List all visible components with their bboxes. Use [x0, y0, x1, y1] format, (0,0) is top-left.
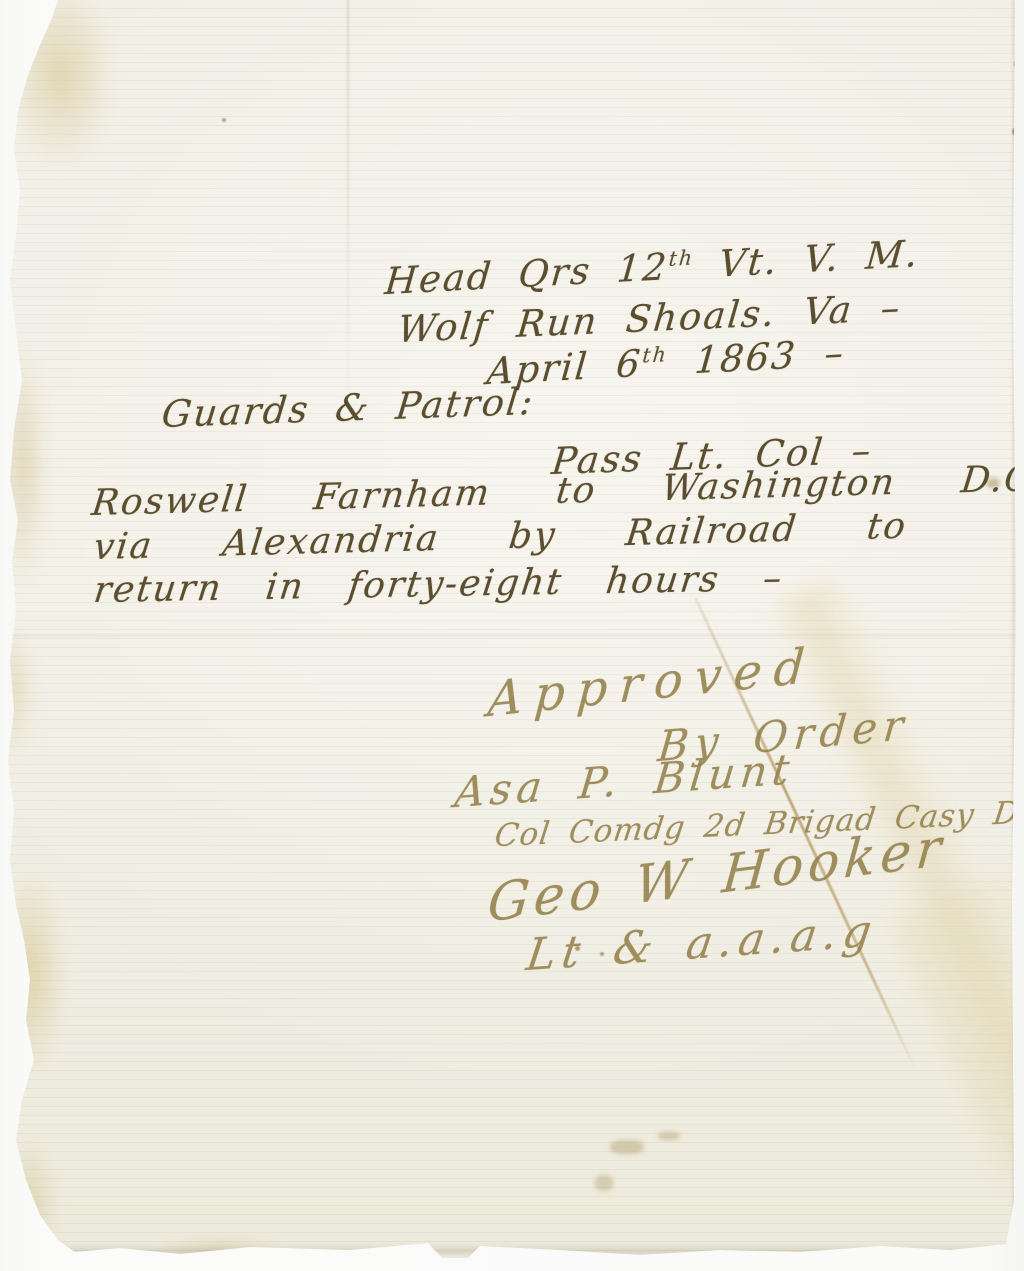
- scan-background: Head Qrs 12th Vt. V. M. Wolf Run Shoals.…: [0, 0, 1024, 1271]
- ink-speck: [222, 118, 226, 122]
- bottom-edge-shadow: [60, 1244, 1020, 1254]
- smudge: [610, 1140, 644, 1154]
- ink-speck: [1012, 128, 1017, 135]
- fold-crease-vertical: [347, 0, 349, 390]
- ink-speck: [1014, 60, 1019, 68]
- heading-line-3-superscript: th: [641, 342, 668, 367]
- smudge: [595, 1175, 613, 1191]
- paper-sheet: Head Qrs 12th Vt. V. M. Wolf Run Shoals.…: [0, 0, 1024, 1271]
- stain: [2, 1140, 56, 1270]
- heading-line-1-superscript: th: [668, 245, 695, 270]
- smudge: [658, 1132, 680, 1140]
